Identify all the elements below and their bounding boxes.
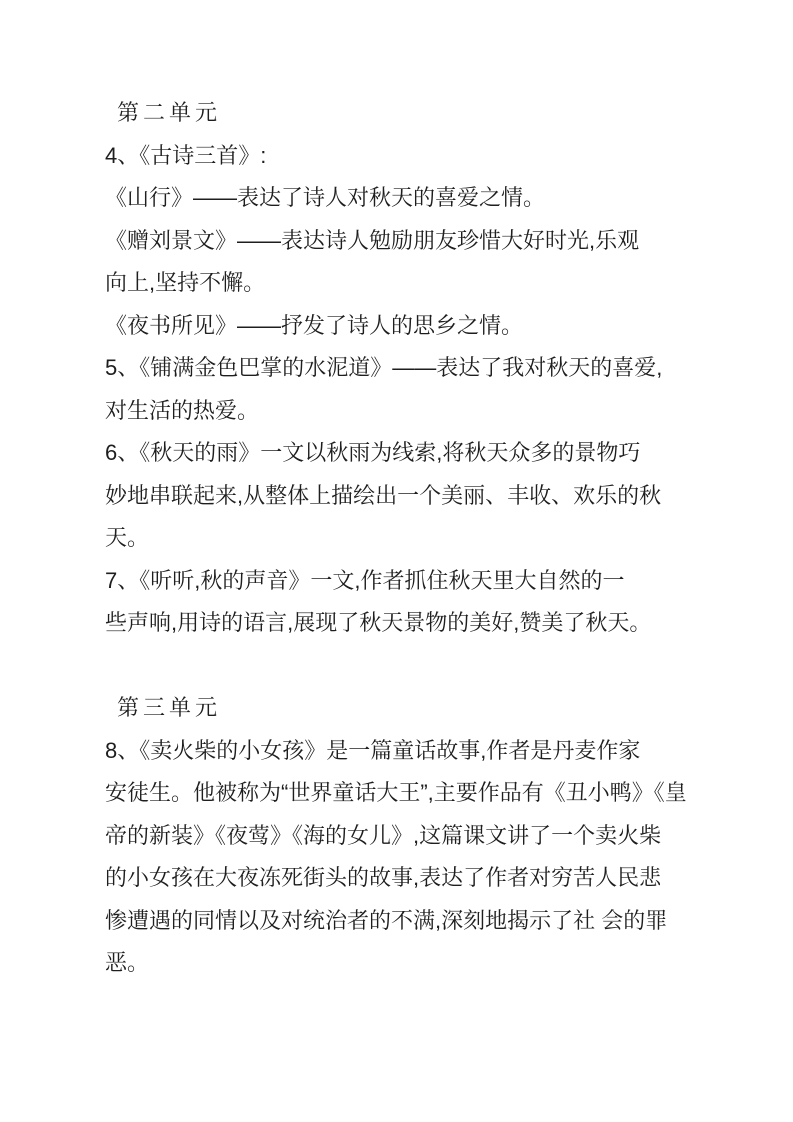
text-line: 《山行》——表达了诗人对秋天的喜爱之情。 [105,177,693,220]
item-4-ancient-poems: 4、《古诗三首》: [105,135,693,178]
text-line: 安徒生。他被称为“世界童话大王”,主要作品有《丑小鸭》《皇 [105,772,693,815]
text-line: 惨遭遇的同情以及对统治者的不满,深刻地揭示了社 会的罪 [105,900,693,943]
blank-line-spacer [105,645,693,688]
body-text: 天。 [105,525,149,550]
section-unit-2: 第二单元 4、《古诗三首》:《山行》——表达了诗人对秋天的喜爱之情。《赠刘景文》… [105,92,693,645]
body-text: 惨遭遇的同情以及对统治者的不满,深刻地揭示了社 会的罪 [105,908,667,933]
text-line: 向上,坚持不懈。 [105,262,693,305]
body-text: 帝的新装》《夜莺》《海的女儿》,这篇课文讲了一个卖火柴 [105,823,661,848]
item-7-sounds-of-autumn: 7、《听听,秋的声音》一文,作者抓住秋天里大自然的一些声响,用诗的语言,展现了秋… [105,560,693,645]
item-5-cement-road: 5、《铺满金色巴掌的水泥道》——表达了我对秋天的喜爱,对生活的热爱。 [105,347,693,432]
body-text: 恶。 [105,950,149,975]
section-unit-2-body: 4、《古诗三首》:《山行》——表达了诗人对秋天的喜爱之情。《赠刘景文》——表达诗… [105,135,693,645]
book-title-text: 《赠刘景文》 [105,228,237,253]
body-text: ——表达了诗人对秋天的喜爱之情。 [193,185,545,210]
text-line: 天。 [105,517,693,560]
item-zeng-liu-jingwen: 《赠刘景文》——表达诗人勉励朋友珍惜大好时光,乐观向上,坚持不懈。 [105,220,693,305]
body-text: 妙地串联起来,从整体上描绘出一个美丽、丰收、欢乐的秋 [105,483,661,508]
section-heading-unit-3: 第三单元 [105,687,693,730]
body-text: 6、《秋天的雨》一文以秋雨为线索,将秋天众多的景物巧 [105,440,640,465]
item-yeshu-suojian: 《夜书所见》——抒发了诗人的思乡之情。 [105,305,693,348]
item-6-autumn-rain: 6、《秋天的雨》一文以秋雨为线索,将秋天众多的景物巧妙地串联起来,从整体上描绘出… [105,432,693,560]
book-title-text: 《夜书所见》 [105,313,237,338]
text-line: 5、《铺满金色巴掌的水泥道》——表达了我对秋天的喜爱, [105,347,693,390]
body-text: 的小女孩在大夜冻死街头的故事,表达了作者对穷苦人民悲 [105,865,661,890]
section-heading-unit-2: 第二单元 [105,92,693,135]
body-text: 些声响,用诗的语言,展现了秋天景物的美好,赞美了秋天。 [105,610,651,635]
body-text: 4、《古诗三首》: [105,143,266,168]
text-line: 7、《听听,秋的声音》一文,作者抓住秋天里大自然的一 [105,560,693,603]
body-text: 7、《听听,秋的声音》一文,作者抓住秋天里大自然的一 [105,568,624,593]
item-8-little-match-girl: 8、《卖火柴的小女孩》是一篇童话故事,作者是丹麦作家安徒生。他被称为“世界童话大… [105,730,693,985]
body-text: ——表达诗人勉励朋友珍惜大好时光,乐观 [237,228,639,253]
text-line: 妙地串联起来,从整体上描绘出一个美丽、丰收、欢乐的秋 [105,475,693,518]
text-line: 《夜书所见》——抒发了诗人的思乡之情。 [105,305,693,348]
body-text: 8、《卖火柴的小女孩》是一篇童话故事,作者是丹麦作家 [105,738,640,763]
text-line: 8、《卖火柴的小女孩》是一篇童话故事,作者是丹麦作家 [105,730,693,773]
document-page: 第二单元 4、《古诗三首》:《山行》——表达了诗人对秋天的喜爱之情。《赠刘景文》… [0,0,793,1122]
text-line: 些声响,用诗的语言,展现了秋天景物的美好,赞美了秋天。 [105,602,693,645]
body-text: ——抒发了诗人的思乡之情。 [237,313,523,338]
book-title-text: 《山行》 [105,185,193,210]
body-text: 向上,坚持不懈。 [105,270,265,295]
text-line: 6、《秋天的雨》一文以秋雨为线索,将秋天众多的景物巧 [105,432,693,475]
text-line: 的小女孩在大夜冻死街头的故事,表达了作者对穷苦人民悲 [105,857,693,900]
text-line: 帝的新装》《夜莺》《海的女儿》,这篇课文讲了一个卖火柴 [105,815,693,858]
section-unit-3: 第三单元 8、《卖火柴的小女孩》是一篇童话故事,作者是丹麦作家安徒生。他被称为“… [105,687,693,985]
section-unit-3-body: 8、《卖火柴的小女孩》是一篇童话故事,作者是丹麦作家安徒生。他被称为“世界童话大… [105,730,693,985]
text-line: 恶。 [105,942,693,985]
item-shanxing: 《山行》——表达了诗人对秋天的喜爱之情。 [105,177,693,220]
body-text: 5、《铺满金色巴掌的水泥道》——表达了我对秋天的喜爱, [105,355,662,380]
text-line: 对生活的热爱。 [105,390,693,433]
text-line: 《赠刘景文》——表达诗人勉励朋友珍惜大好时光,乐观 [105,220,693,263]
text-line: 4、《古诗三首》: [105,135,693,178]
body-text: 安徒生。他被称为“世界童话大王”,主要作品有《丑小鸭》《皇 [105,780,687,805]
body-text: 对生活的热爱。 [105,398,259,423]
